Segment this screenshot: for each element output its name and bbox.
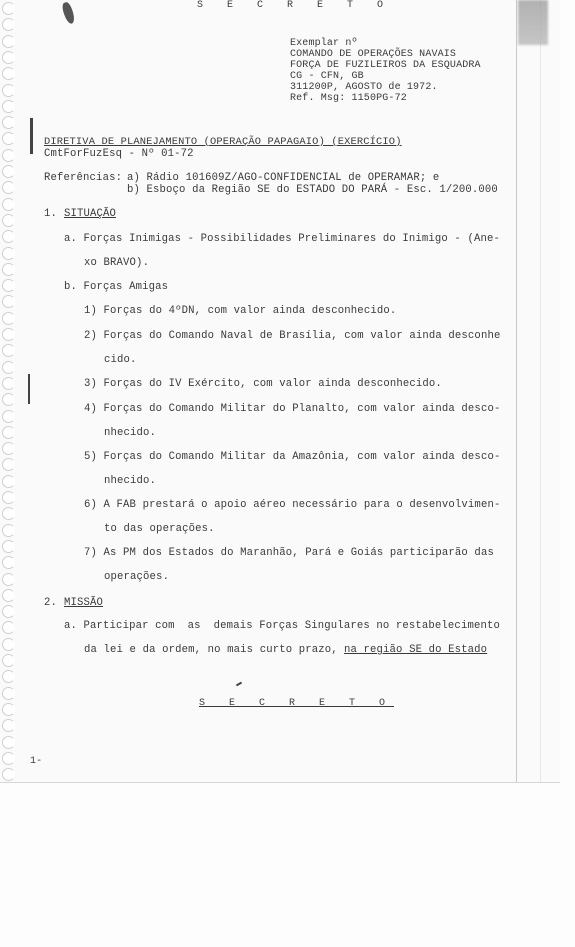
binder-hole xyxy=(2,230,15,243)
binder-hole xyxy=(2,540,15,553)
document-subtitle: CmtForFuzEsq - Nº 01-72 xyxy=(44,148,194,160)
classification-top: S E C R E T O xyxy=(197,0,392,11)
binder-hole xyxy=(2,573,15,586)
friendly-force-item-line: 1) Forças do 4ºDN, com valor ainda desco… xyxy=(84,305,396,317)
binder-hole xyxy=(2,18,15,31)
friendly-force-item-line: to das operações. xyxy=(104,523,215,535)
binder-hole xyxy=(2,84,15,97)
classification-bottom: S E C R E T O xyxy=(199,698,394,709)
margin-bar-mark xyxy=(28,374,30,404)
binder-hole xyxy=(2,768,15,781)
binder-hole xyxy=(2,638,15,651)
section-number: 2. xyxy=(44,597,57,609)
binder-hole xyxy=(2,149,15,162)
binder-hole xyxy=(2,279,15,292)
binder-hole xyxy=(2,181,15,194)
document-page: S E C R E T O Exemplar nº COMANDO DE OPE… xyxy=(0,0,560,782)
page-mark: 1- xyxy=(30,756,42,767)
reference-item: b) Esboço da Região SE do ESTADO DO PARÁ… xyxy=(127,184,498,196)
binder-hole xyxy=(2,736,15,749)
binder-hole xyxy=(2,687,15,700)
friendly-force-item-line: cido. xyxy=(104,354,137,366)
section-heading: SITUAÇÃO xyxy=(64,208,116,220)
page-edge-line xyxy=(516,0,517,782)
header-line: FORÇA DE FUZILEIROS DA ESQUADRA xyxy=(290,60,481,71)
margin-bar-mark xyxy=(30,118,33,154)
binder-hole xyxy=(2,67,15,80)
document-title: DIRETIVA DE PLANEJAMENTO (OPERAÇÃO PAPAG… xyxy=(44,136,402,148)
binder-hole xyxy=(2,703,15,716)
friendly-force-item-line: 7) As PM dos Estados do Maranhão, Pará e… xyxy=(84,547,494,559)
binder-hole xyxy=(2,589,15,602)
header-line: CG - CFN, GB xyxy=(290,71,364,82)
binder-hole xyxy=(2,214,15,227)
binder-hole xyxy=(2,442,15,455)
binder-holes xyxy=(2,2,16,782)
binder-hole xyxy=(2,458,15,471)
binder-hole xyxy=(2,132,15,145)
binder-hole xyxy=(2,263,15,276)
friendly-force-item-line: 5) Forças do Comando Militar da Amazônia… xyxy=(84,451,500,463)
header-line: Exemplar nº xyxy=(290,38,358,49)
binder-hole xyxy=(2,410,15,423)
friendly-force-item-line: 2) Forças do Comando Naval de Brasília, … xyxy=(84,330,500,342)
binder-hole xyxy=(2,51,15,64)
binder-hole xyxy=(2,328,15,341)
header-line: COMANDO DE OPERAÇÕES NAVAIS xyxy=(290,49,456,60)
binder-hole xyxy=(2,426,15,439)
binder-hole xyxy=(2,670,15,683)
paragraph-line: a. Participar com as demais Forças Singu… xyxy=(64,620,500,632)
binder-hole xyxy=(2,654,15,667)
friendly-force-item-line: nhecido. xyxy=(104,427,156,439)
paragraph-line: b. Forças Amigas xyxy=(64,281,168,293)
binder-hole xyxy=(2,524,15,537)
binder-hole xyxy=(2,621,15,634)
binder-hole xyxy=(2,393,15,406)
paragraph-line: a. Forças Inimigas - Possibilidades Prel… xyxy=(64,233,500,245)
binder-hole xyxy=(2,752,15,765)
binder-hole xyxy=(2,605,15,618)
section-heading: MISSÃO xyxy=(64,597,103,609)
page-edge-line xyxy=(540,0,541,782)
ink-blot xyxy=(61,1,77,25)
scan-smudge xyxy=(518,0,548,45)
friendly-force-item-line: 4) Forças do Comando Militar do Planalto… xyxy=(84,403,500,415)
binder-hole xyxy=(2,507,15,520)
binder-hole xyxy=(2,35,15,48)
pen-mark xyxy=(236,682,242,687)
section-number: 1. xyxy=(44,208,57,220)
binder-hole xyxy=(2,295,15,308)
friendly-force-item-line: 6) A FAB prestará o apoio aéreo necessár… xyxy=(84,499,500,511)
paragraph-line-underlined: na região SE do Estado xyxy=(344,644,487,656)
binder-hole xyxy=(2,247,15,260)
paragraph-line: xo BRAVO). xyxy=(84,257,149,269)
binder-hole xyxy=(2,100,15,113)
header-line: Ref. Msg: 1150PG-72 xyxy=(290,93,407,104)
binder-hole xyxy=(2,344,15,357)
binder-hole xyxy=(2,475,15,488)
binder-hole xyxy=(2,556,15,569)
binder-hole xyxy=(2,491,15,504)
references-label: Referências: xyxy=(44,172,122,184)
binder-hole xyxy=(2,377,15,390)
binder-hole xyxy=(2,719,15,732)
binder-hole xyxy=(2,2,15,15)
header-line: 311200P, AGOSTO de 1972. xyxy=(290,82,438,93)
binder-hole xyxy=(2,361,15,374)
binder-hole xyxy=(2,312,15,325)
binder-hole xyxy=(2,165,15,178)
friendly-force-item-line: operações. xyxy=(104,571,169,583)
binder-hole xyxy=(2,198,15,211)
binder-hole xyxy=(2,116,15,129)
reference-item: a) Rádio 101609Z/AGO-CONFIDENCIAL de OPE… xyxy=(127,172,439,184)
friendly-force-item-line: 3) Forças do IV Exército, com valor aind… xyxy=(84,378,442,390)
paragraph-line: da lei e da ordem, no mais curto prazo, xyxy=(84,644,338,656)
friendly-force-item-line: nhecido. xyxy=(104,475,156,487)
